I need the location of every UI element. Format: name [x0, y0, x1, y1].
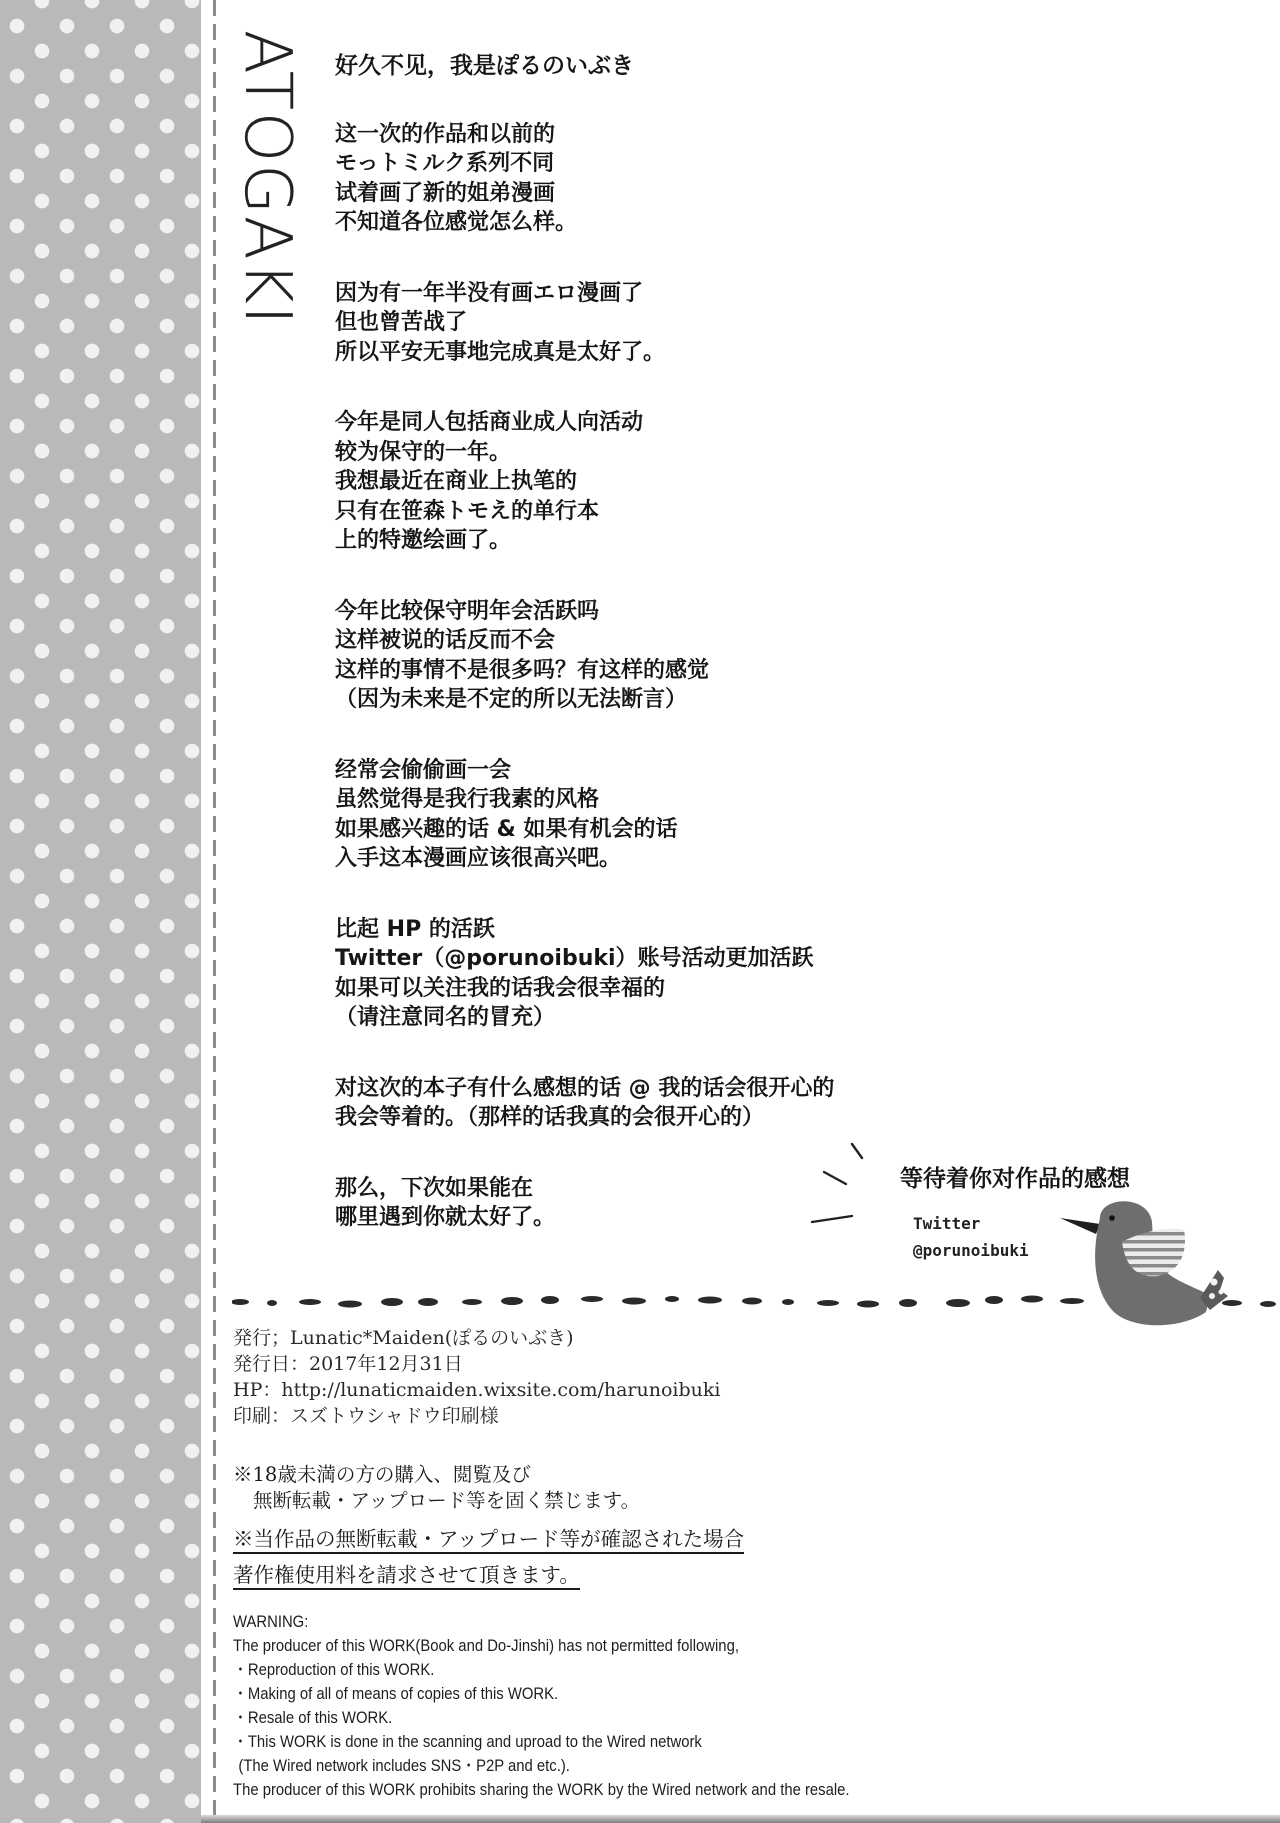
vertical-title-text: ATOGAKI	[230, 30, 304, 327]
text-line: 这样被说的话反而不会	[335, 626, 1095, 656]
text-line: 上的特邀绘画了。	[335, 526, 1095, 556]
text-line: 比起 HP 的活跃	[335, 915, 1095, 945]
text-line: 这一次的作品和以前的	[335, 120, 1095, 150]
afterword-paragraph: 今年是同人包括商业成人向活动 较为保守的一年。 我想最近在商业上执笔的 只有在笹…	[335, 408, 1095, 556]
printer-line: 印刷：スズトウシャドウ印刷様	[233, 1403, 721, 1429]
afterword-paragraph: 这一次的作品和以前的 モっトミルク系列不同 试着画了新的姐弟漫画 不知道各位感觉…	[335, 120, 1095, 238]
afterword-paragraph: 对这次的本子有什么感想的话 @ 我的话会很开心的 我会等着的。（那样的话我真的会…	[335, 1074, 1095, 1133]
warning-item: ・Reproduction of this WORK.	[233, 1658, 850, 1682]
text-line: 今年比较保守明年会活跃吗	[335, 597, 1095, 627]
text-line: 如果可以关注我的话我会很幸福的	[335, 974, 1095, 1004]
callout-twitter: Twitter @porunoibuki	[913, 1210, 1029, 1264]
age-restriction-notice: ※18歳未満の方の購入、閲覧及び 無断転載・アップロード等を固く禁じます。	[233, 1462, 640, 1514]
greeting-line: 好久不见，我是ぽるのいぶき	[335, 52, 1095, 82]
text-line: 对这次的本子有什么感想的话 @ 我的话会很开心的	[335, 1074, 1095, 1104]
burst-lines-icon	[808, 1138, 868, 1228]
text-line: 我想最近在商业上执笔的	[335, 467, 1095, 497]
warning-heading: WARNING:	[233, 1610, 850, 1634]
afterword-body: 好久不见，我是ぽるのいぶき 这一次的作品和以前的 モっトミルク系列不同 试着画了…	[335, 52, 1095, 1274]
text-line: モっトミルク系列不同	[335, 149, 1095, 179]
warning-item: (The Wired network includes SNS・P2P and …	[233, 1754, 850, 1778]
text-line: 入手这本漫画应该很高兴吧。	[335, 844, 1095, 874]
afterword-paragraph: 经常会偷偷画一会 虽然觉得是我行我素的风格 如果感兴趣的话 & 如果有机会的话 …	[335, 756, 1095, 874]
age-notice-line-1: ※18歳未満の方の購入、閲覧及び	[233, 1462, 640, 1488]
text-line: 我会等着的。（那样的话我真的会很开心的）	[335, 1103, 1095, 1133]
text-line: 但也曾苦战了	[335, 308, 1095, 338]
warning-item: ・Making of all of means of copies of thi…	[233, 1682, 850, 1706]
greeting-paragraph: 好久不见，我是ぽるのいぶき	[335, 52, 1095, 82]
text-line: 较为保守的一年。	[335, 438, 1095, 468]
warning-item: ・This WORK is done in the scanning and u…	[233, 1730, 850, 1754]
text-line: 如果感兴趣的话 & 如果有机会的话	[335, 815, 1095, 845]
text-line: 今年是同人包括商业成人向活动	[335, 408, 1095, 438]
text-line: 因为有一年半没有画エロ漫画了	[335, 279, 1095, 309]
dashed-divider	[232, 1282, 1280, 1322]
vertical-title: ATOGAKI	[232, 30, 302, 330]
afterword-paragraph: 比起 HP 的活跃 Twitter（@porunoibuki）账号活动更加活跃 …	[335, 915, 1095, 1033]
copyright-notice-line-1: ※当作品の無断転載・アップロード等が確認された場合	[233, 1526, 744, 1554]
text-line: 虽然觉得是我行我素的风格	[335, 785, 1095, 815]
dashed-border-line	[213, 0, 216, 1823]
page-bottom-edge	[201, 1815, 1280, 1823]
colophon: 発行；Lunatic*Maiden(ぽるのいぶき) 発行日：2017年12月31…	[233, 1325, 721, 1429]
publish-date-line: 発行日：2017年12月31日	[233, 1351, 721, 1377]
age-notice-line-2: 無断転載・アップロード等を固く禁じます。	[233, 1488, 640, 1514]
warning-block: WARNING: The producer of this WORK(Book …	[233, 1610, 850, 1802]
text-line: 所以平安无事地完成真是太好了。	[335, 338, 1095, 368]
copyright-notice-line-2: 著作権使用料を請求させて頂きます。	[233, 1562, 580, 1590]
callout-title: 等待着你对作品的感想	[900, 1160, 1130, 1193]
afterword-paragraph: 因为有一年半没有画エロ漫画了 但也曾苦战了 所以平安无事地完成真是太好了。	[335, 279, 1095, 368]
warning-intro: The producer of this WORK(Book and Do-Ji…	[233, 1634, 850, 1658]
text-line: （请注意同名的冒充）	[335, 1003, 1095, 1033]
homepage-line[interactable]: HP：http://lunaticmaiden.wixsite.com/haru…	[233, 1377, 721, 1403]
copyright-notice: ※当作品の無断転載・アップロード等が確認された場合 著作権使用料を請求させて頂き…	[233, 1526, 744, 1598]
twitter-label: Twitter	[913, 1210, 1029, 1237]
twitter-mention-line: Twitter（@porunoibuki）账号活动更加活跃	[335, 944, 1095, 974]
publisher-line: 発行；Lunatic*Maiden(ぽるのいぶき)	[233, 1325, 721, 1351]
warning-closing: The producer of this WORK prohibits shar…	[233, 1778, 850, 1802]
warning-item: ・Resale of this WORK.	[233, 1706, 850, 1730]
twitter-handle[interactable]: @porunoibuki	[913, 1237, 1029, 1264]
afterword-paragraph: 今年比较保守明年会活跃吗 这样被说的话反而不会 这样的事情不是很多吗？有这样的感…	[335, 597, 1095, 715]
polka-dot-sidebar	[0, 0, 201, 1823]
text-line: 经常会偷偷画一会	[335, 756, 1095, 786]
text-line: 不知道各位感觉怎么样。	[335, 208, 1095, 238]
text-line: 只有在笹森トモえ的单行本	[335, 497, 1095, 527]
text-line: （因为未来是不定的所以无法断言）	[335, 685, 1095, 715]
text-line: 这样的事情不是很多吗？有这样的感觉	[335, 656, 1095, 686]
text-line: 试着画了新的姐弟漫画	[335, 179, 1095, 209]
